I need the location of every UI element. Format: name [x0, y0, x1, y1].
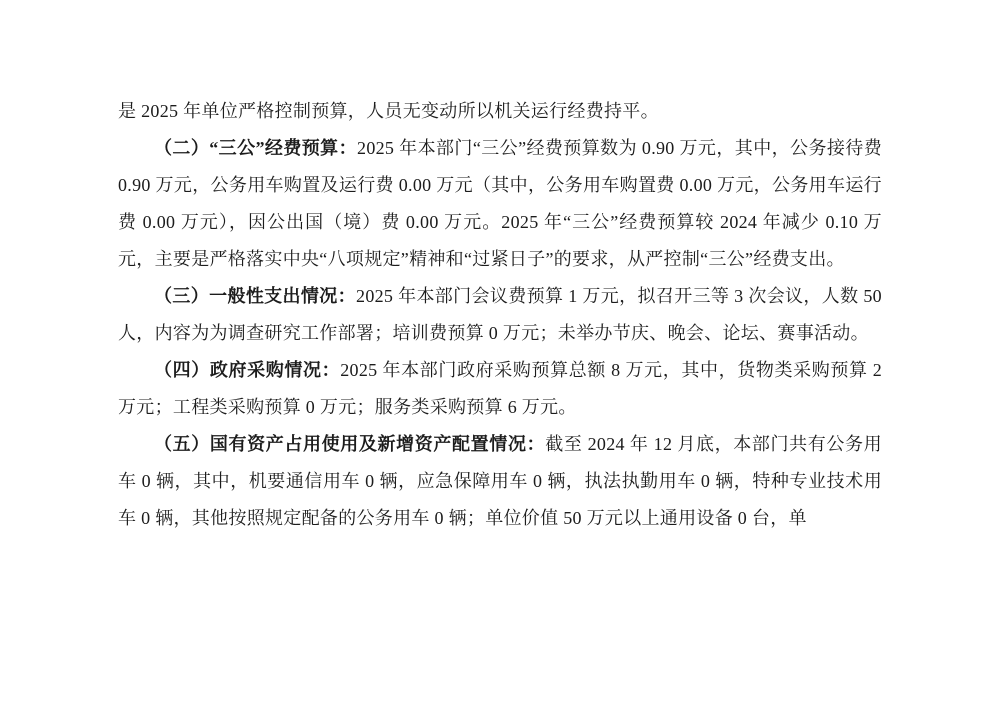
paragraph-section-4: （四）政府采购情况：2025 年本部门政府采购预算总额 8 万元，其中，货物类采… [118, 352, 882, 426]
paragraph-continuation: 是 2025 年单位严格控制预算，人员无变动所以机关运行经费持平。 [118, 93, 882, 130]
paragraph-section-2: （二）“三公”经费预算：2025 年本部门“三公”经费预算数为 0.90 万元，… [118, 130, 882, 278]
paragraph-lead: （三）一般性支出情况： [154, 286, 356, 306]
document-body: 是 2025 年单位严格控制预算，人员无变动所以机关运行经费持平。 （二）“三公… [118, 93, 882, 537]
paragraph-section-5: （五）国有资产占用使用及新增资产配置情况：截至 2024 年 12 月底，本部门… [118, 426, 882, 537]
document-page: 是 2025 年单位严格控制预算，人员无变动所以机关运行经费持平。 （二）“三公… [0, 0, 1000, 706]
paragraph-text: 是 2025 年单位严格控制预算，人员无变动所以机关运行经费持平。 [118, 101, 659, 121]
paragraph-lead: （五）国有资产占用使用及新增资产配置情况： [154, 434, 545, 454]
paragraph-lead: （二）“三公”经费预算： [154, 138, 357, 158]
paragraph-lead: （四）政府采购情况： [154, 360, 340, 380]
paragraph-section-3: （三）一般性支出情况：2025 年本部门会议费预算 1 万元，拟召开三等 3 次… [118, 278, 882, 352]
